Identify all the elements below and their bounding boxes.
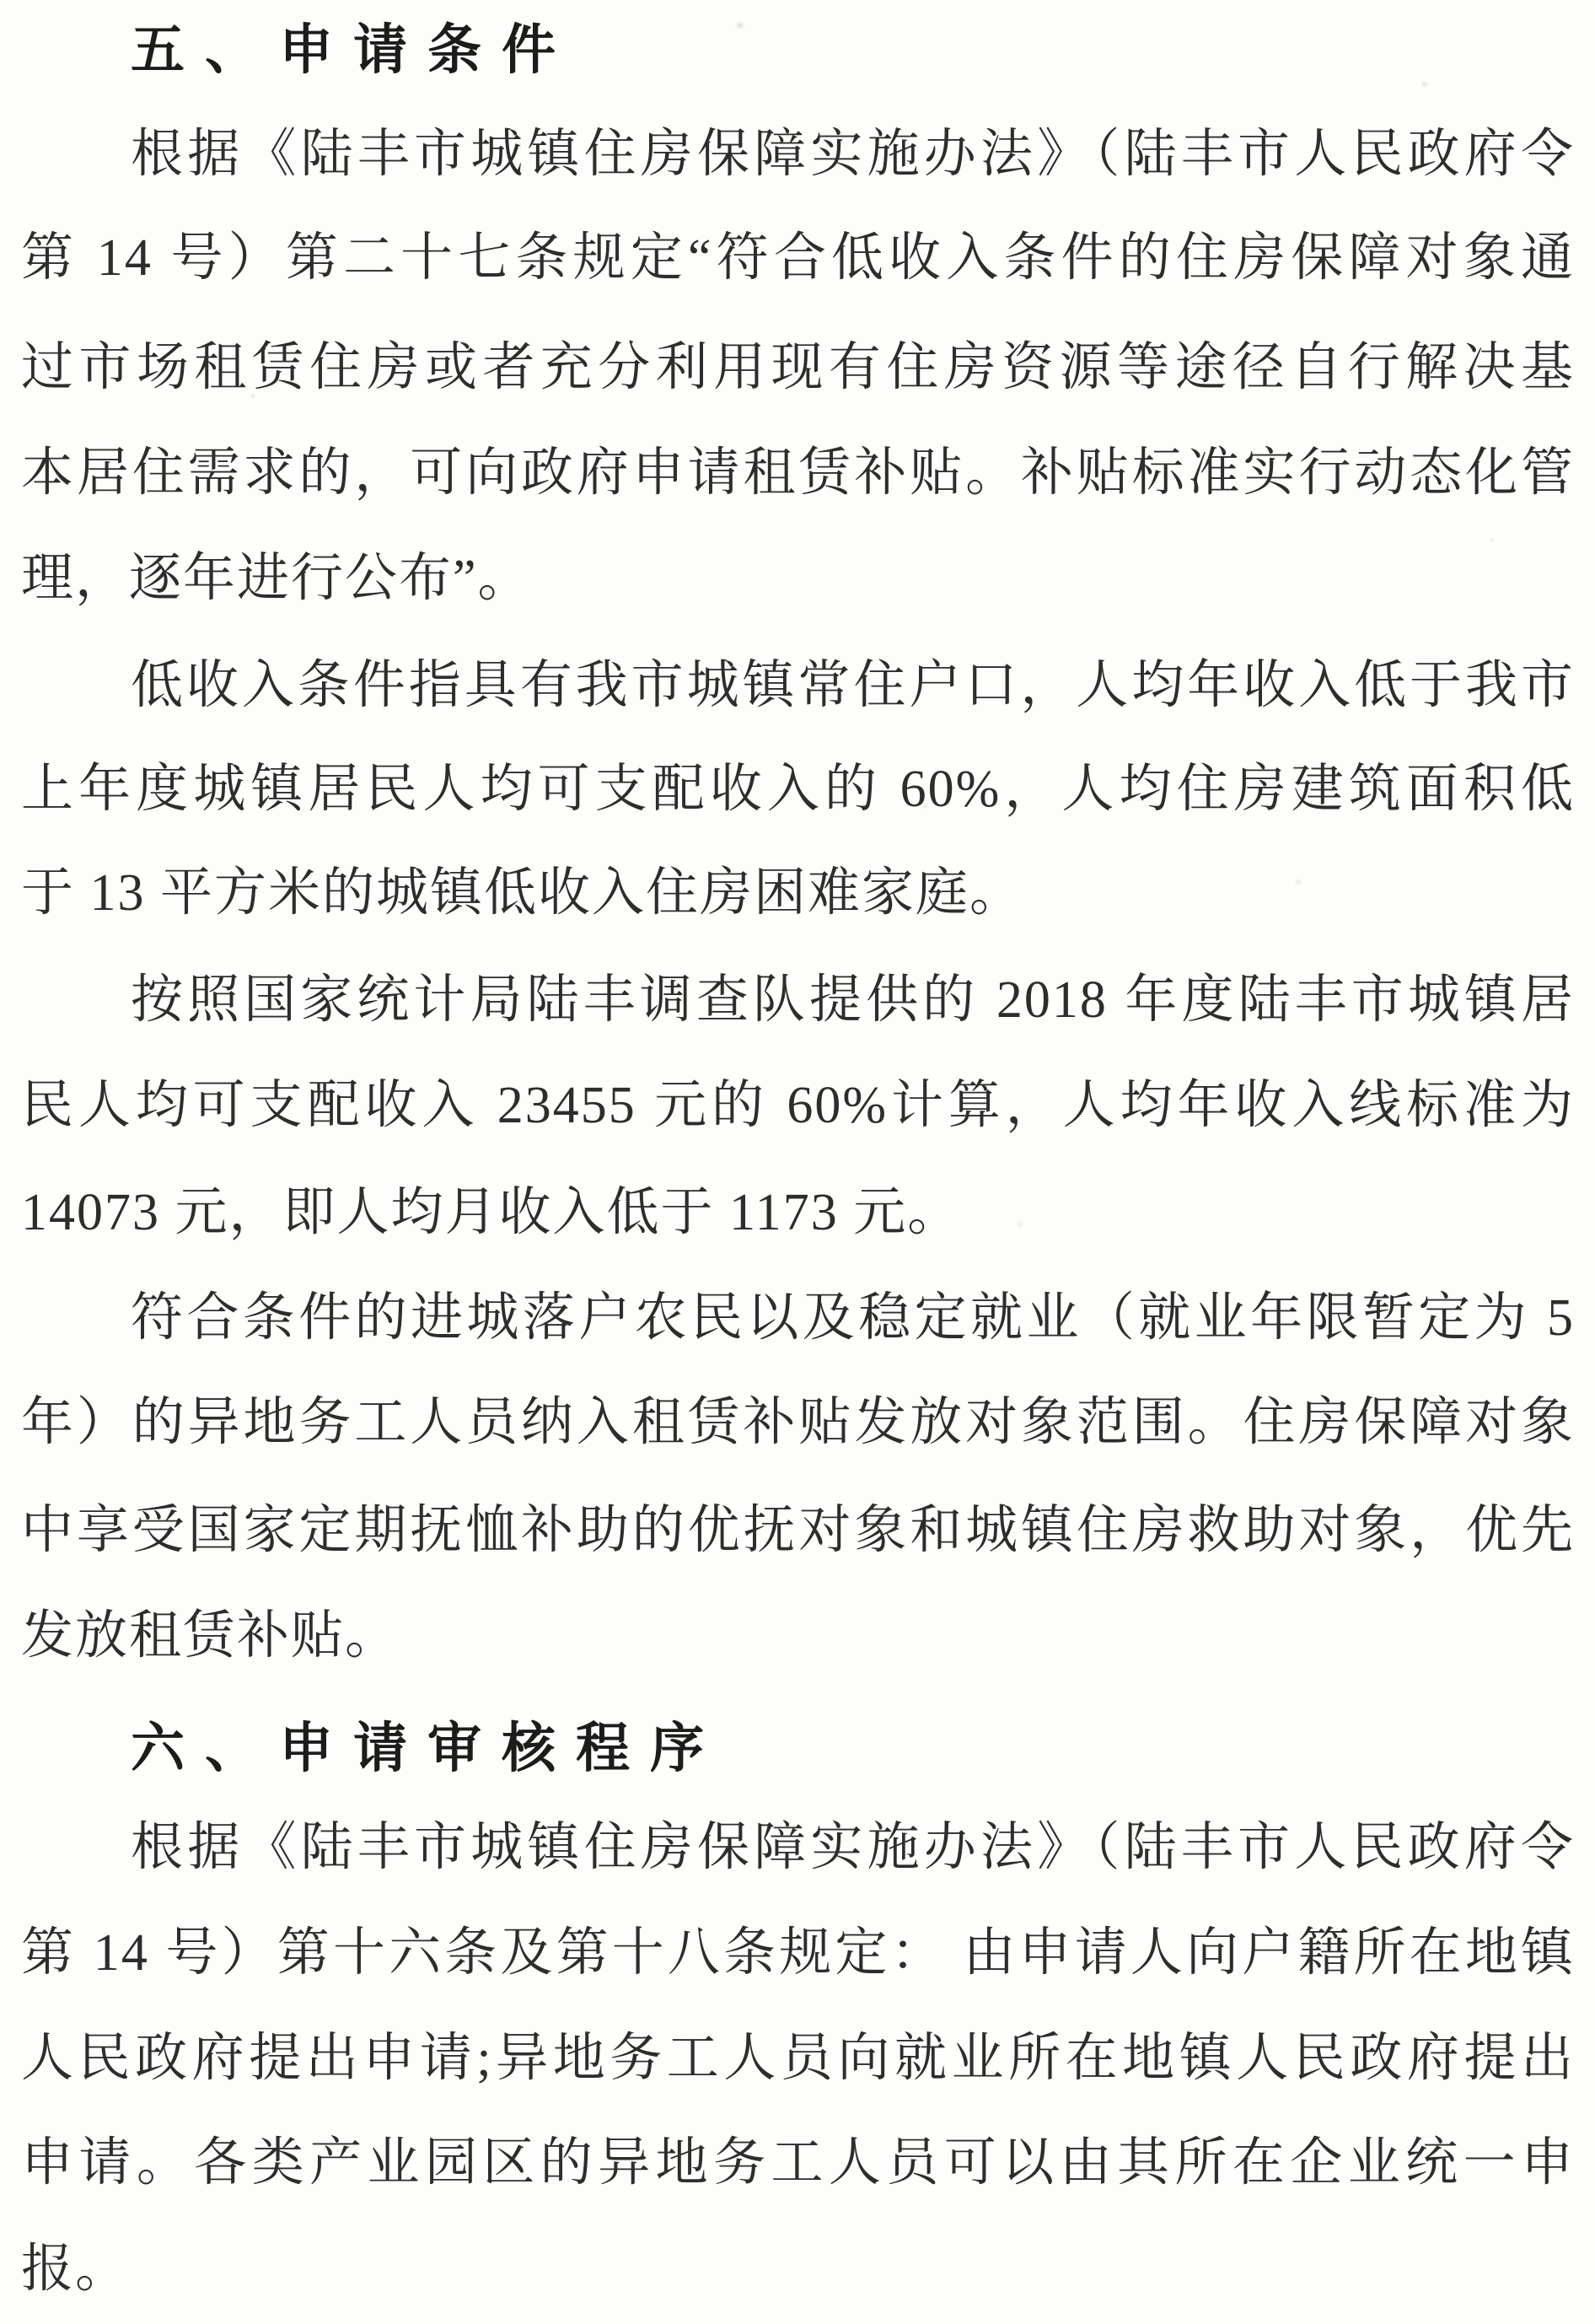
text-line: 发放租赁补贴。 (21, 1610, 399, 1662)
text-line: 理，逐年进行公布”。 (21, 552, 532, 605)
text-line: 申请。各类产业园区的异地务工人员可以由其所在企业统一申 (21, 2137, 1575, 2189)
text-line: 根据《陆丰市城镇住房保障实施办法》（陆丰市人民政府令 (131, 1821, 1575, 1874)
text-line: 按照国家统计局陆丰调查队提供的 2018 年度陆丰市城镇居 (131, 974, 1575, 1026)
section-heading: 六、申请审核程序 (131, 1722, 724, 1776)
text-line: 根据《陆丰市城镇住房保障实施办法》（陆丰市人民政府令 (131, 128, 1575, 180)
text-line: 人民政府提出申请;异地务工人员向就业所在地镇人民政府提出 (21, 2032, 1575, 2085)
text-line: 报。 (21, 2243, 129, 2295)
text-line: 14073 元，即人均月收入低于 1173 元。 (21, 1186, 961, 1239)
text-line: 本居住需求的，可向政府申请租赁补贴。补贴标准实行动态化管 (21, 447, 1575, 499)
text-line: 符合条件的进城落户农民以及稳定就业（就业年限暂定为 5 (131, 1292, 1575, 1344)
text-line: 年）的异地务工人员纳入租赁补贴发放对象范围。住房保障对象 (21, 1396, 1575, 1449)
text-line: 上年度城镇居民人均可支配收入的 60%，人均住房建筑面积低 (21, 763, 1575, 815)
section-heading: 五、申请条件 (131, 24, 576, 78)
text-line: 于 13 平方米的城镇低收入住房困难家庭。 (21, 867, 1023, 919)
text-line: 中享受国家定期抚恤补助的优抚对象和城镇住房救助对象，优先 (21, 1504, 1575, 1557)
text-line: 第 14 号）第二十七条规定“符合低收入条件的住房保障对象通 (21, 232, 1575, 284)
text-line: 第 14 号）第十六条及第十八条规定： 由申请人向户籍所在地镇 (21, 1927, 1575, 1979)
text-line: 过市场租赁住房或者充分利用现有住房资源等途径自行解决基 (21, 342, 1575, 394)
text-line: 低收入条件指具有我市城镇常住户口，人均年收入低于我市 (131, 659, 1575, 712)
text-line: 民人均可支配收入 23455 元的 60%计算，人均年收入线标准为 (21, 1079, 1575, 1132)
scanned-document-page: 五、申请条件 根据《陆丰市城镇住房保障实施办法》（陆丰市人民政府令 第 14 号… (0, 0, 1595, 2324)
